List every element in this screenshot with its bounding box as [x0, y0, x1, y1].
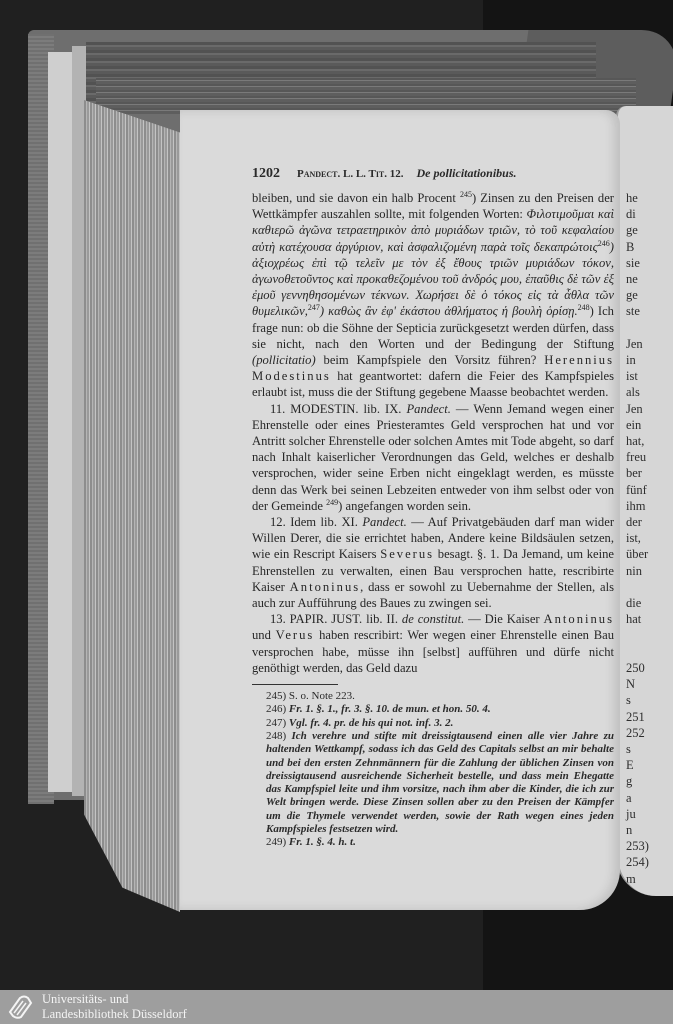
footnote-ref: 249: [326, 498, 338, 507]
library-name-line1: Universitäts- und: [42, 992, 128, 1007]
footnote-247: 247) Vgl. fr. 4. pr. de his qui not. inf…: [266, 717, 614, 730]
facing-page: he di ge B sie ne ge ste Jen in ist als …: [616, 106, 673, 896]
footnote-ref: 245: [460, 190, 472, 199]
running-head: 1202 Pandect. L. L. Tit. 12. De pollicit…: [252, 166, 612, 182]
running-head-title: Pandect. L. L. Tit. 12.: [297, 168, 404, 180]
library-footer-bar: Universitäts- und Landesbibliothek Düsse…: [0, 990, 673, 1024]
page-block-top-lower: [96, 78, 636, 114]
greek-quote: ) καθὼς ἂν ἐφ' ἑκάστου ἀθλήματος ἡ βουλὴ…: [320, 304, 578, 318]
book-photo: he di ge B sie ne ge ste Jen in ist als …: [0, 0, 673, 990]
flyleaf-inner: [72, 46, 86, 796]
library-name-line2: Landesbibliothek Düsseldorf: [42, 1007, 187, 1022]
footnote-ref: 248: [578, 303, 590, 312]
book-page: 1202 Pandect. L. L. Tit. 12. De pollicit…: [180, 110, 620, 910]
facing-page-text: he di ge B sie ne ge ste Jen in ist als …: [626, 190, 649, 896]
page-number: 1202: [252, 166, 280, 181]
section-11: 11. MODESTIN. lib. IX. Pandect. — Wenn J…: [252, 401, 614, 514]
footnote-245: 245) S. o. Note 223.: [266, 690, 614, 703]
footnote-ref: 246: [598, 238, 610, 247]
main-text: bleiben, und sie davon ein halb Procent …: [252, 190, 614, 850]
paragraph-continuation: bleiben, und sie davon ein halb Procent …: [252, 190, 614, 401]
footnote-ref: 247: [308, 303, 320, 312]
footnote-248: 248) Ich verehre und stifte mit dreissig…: [266, 730, 614, 836]
page-edges: [84, 100, 180, 912]
running-head-subject: De pollicitationibus.: [417, 166, 517, 180]
footnotes: 245) S. o. Note 223. 246) Fr. 1. §. 1., …: [252, 690, 614, 850]
ulb-book-logo-icon: [6, 994, 34, 1020]
footnote-249: 249) Fr. 1. §. 4. h. t.: [266, 836, 614, 849]
section-13: 13. PAPIR. JUST. lib. II. de constitut. …: [252, 611, 614, 676]
footnote-separator: [252, 684, 338, 685]
section-12: 12. Idem lib. XI. Pandect. — Auf Privatg…: [252, 514, 614, 611]
footnote-246: 246) Fr. 1. §. 1., fr. 3. §. 10. de mun.…: [266, 703, 614, 716]
